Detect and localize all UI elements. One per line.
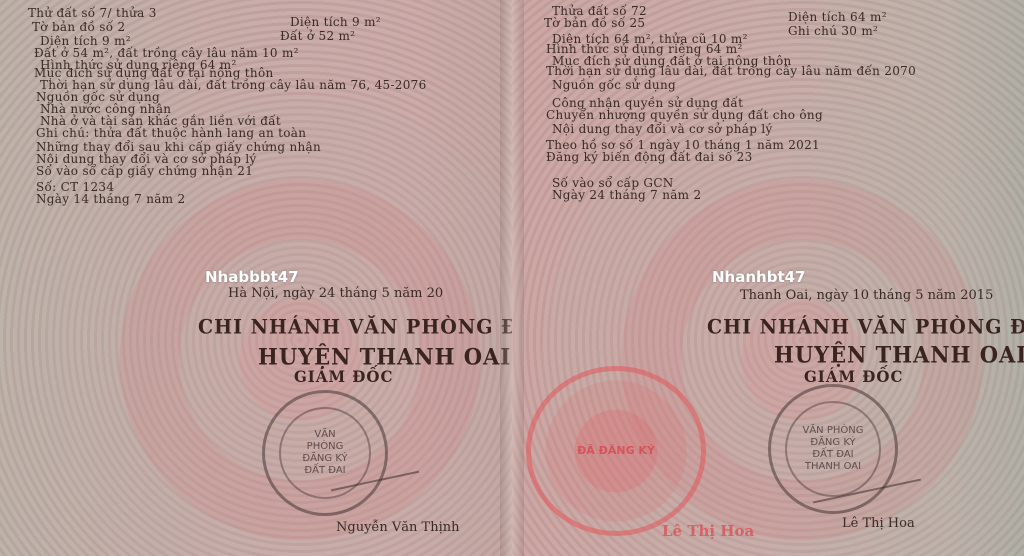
text-line: Thử đất số 7/ thửa 3: [28, 6, 157, 20]
stamp-text: VĂN PHÒNG ĐĂNG KÝ ĐẤT ĐAI: [295, 429, 355, 477]
right-page: Thửa đất số 72 Tờ bản đồ số 25 Diện tích…: [512, 0, 1024, 556]
note-line: Ngày 14 tháng 7 năm 2: [36, 192, 185, 206]
red-stamp-text: ĐÃ ĐĂNG KÝ: [577, 445, 655, 457]
authority-title: GIÁM ĐỐC: [804, 368, 903, 387]
official-stamp: VĂN PHÒNG ĐĂNG KÝ ĐẤT ĐAI THANH OAI: [768, 384, 898, 514]
signer-name: Lê Thị Hoa: [842, 516, 915, 531]
watermark: Nhanhbt47: [712, 268, 806, 286]
authority-district: HUYỆN THANH OAI: [774, 341, 1024, 367]
text-line: Đất ở 52 m²: [280, 29, 355, 43]
authority-district: HUYỆN THANH OAI: [258, 343, 511, 369]
red-registration-stamp: ĐÃ ĐĂNG KÝ: [526, 366, 706, 536]
text-line: Ghi chú: thửa đất thuộc hành lang an toà…: [36, 126, 306, 140]
text-line: Chuyển nhượng quyền sử dụng đất cho ông: [546, 108, 823, 122]
authority-heading: CHI NHÁNH VĂN PHÒNG ĐĂNG KÝ ĐẤT ĐAI: [707, 315, 1024, 338]
text-line: Tờ bản đồ số 25: [544, 16, 645, 30]
authority-heading: CHI NHÁNH VĂN PHÒNG ĐĂNG KÝ ĐẤT ĐAI: [198, 315, 512, 338]
text-line: Diện tích 64 m²: [788, 10, 887, 24]
text-line: Tờ bản đồ số 2: [32, 20, 125, 34]
date-line: Hà Nội, ngày 24 tháng 5 năm 20: [228, 286, 443, 301]
signer-name: Nguyễn Văn Thịnh: [336, 520, 460, 535]
red-footer-text: Lê Thị Hoa: [662, 522, 754, 540]
date-line: Thanh Oai, ngày 10 tháng 5 năm 2015: [740, 288, 993, 303]
text-line: Nội dung thay đổi và cơ sở pháp lý: [552, 122, 773, 136]
authority-title: GIÁM ĐỐC: [294, 368, 393, 387]
official-stamp: VĂN PHÒNG ĐĂNG KÝ ĐẤT ĐAI: [262, 390, 388, 516]
note-line: Ngày 24 tháng 7 năm 2: [552, 188, 701, 202]
text-line: Ghi chú 30 m²: [788, 24, 878, 38]
text-line: Số vào sổ cấp giấy chứng nhận 21: [36, 164, 253, 178]
text-line: Đăng ký biến động đất đai số 23: [546, 150, 753, 164]
stamp-text: VĂN PHÒNG ĐĂNG KÝ ĐẤT ĐAI THANH OAI: [802, 425, 864, 473]
text-line: Thời hạn sử dụng lâu dài, đất trồng cây …: [546, 64, 916, 78]
watermark: Nhabbbt47: [205, 268, 299, 286]
text-line: Nguồn gốc sử dụng: [552, 78, 676, 92]
page-spine: [500, 0, 524, 556]
text-line: Diện tích 9 m²: [290, 15, 381, 29]
left-page: Thử đất số 7/ thửa 3 Tờ bản đồ số 2 Diện…: [0, 0, 512, 556]
